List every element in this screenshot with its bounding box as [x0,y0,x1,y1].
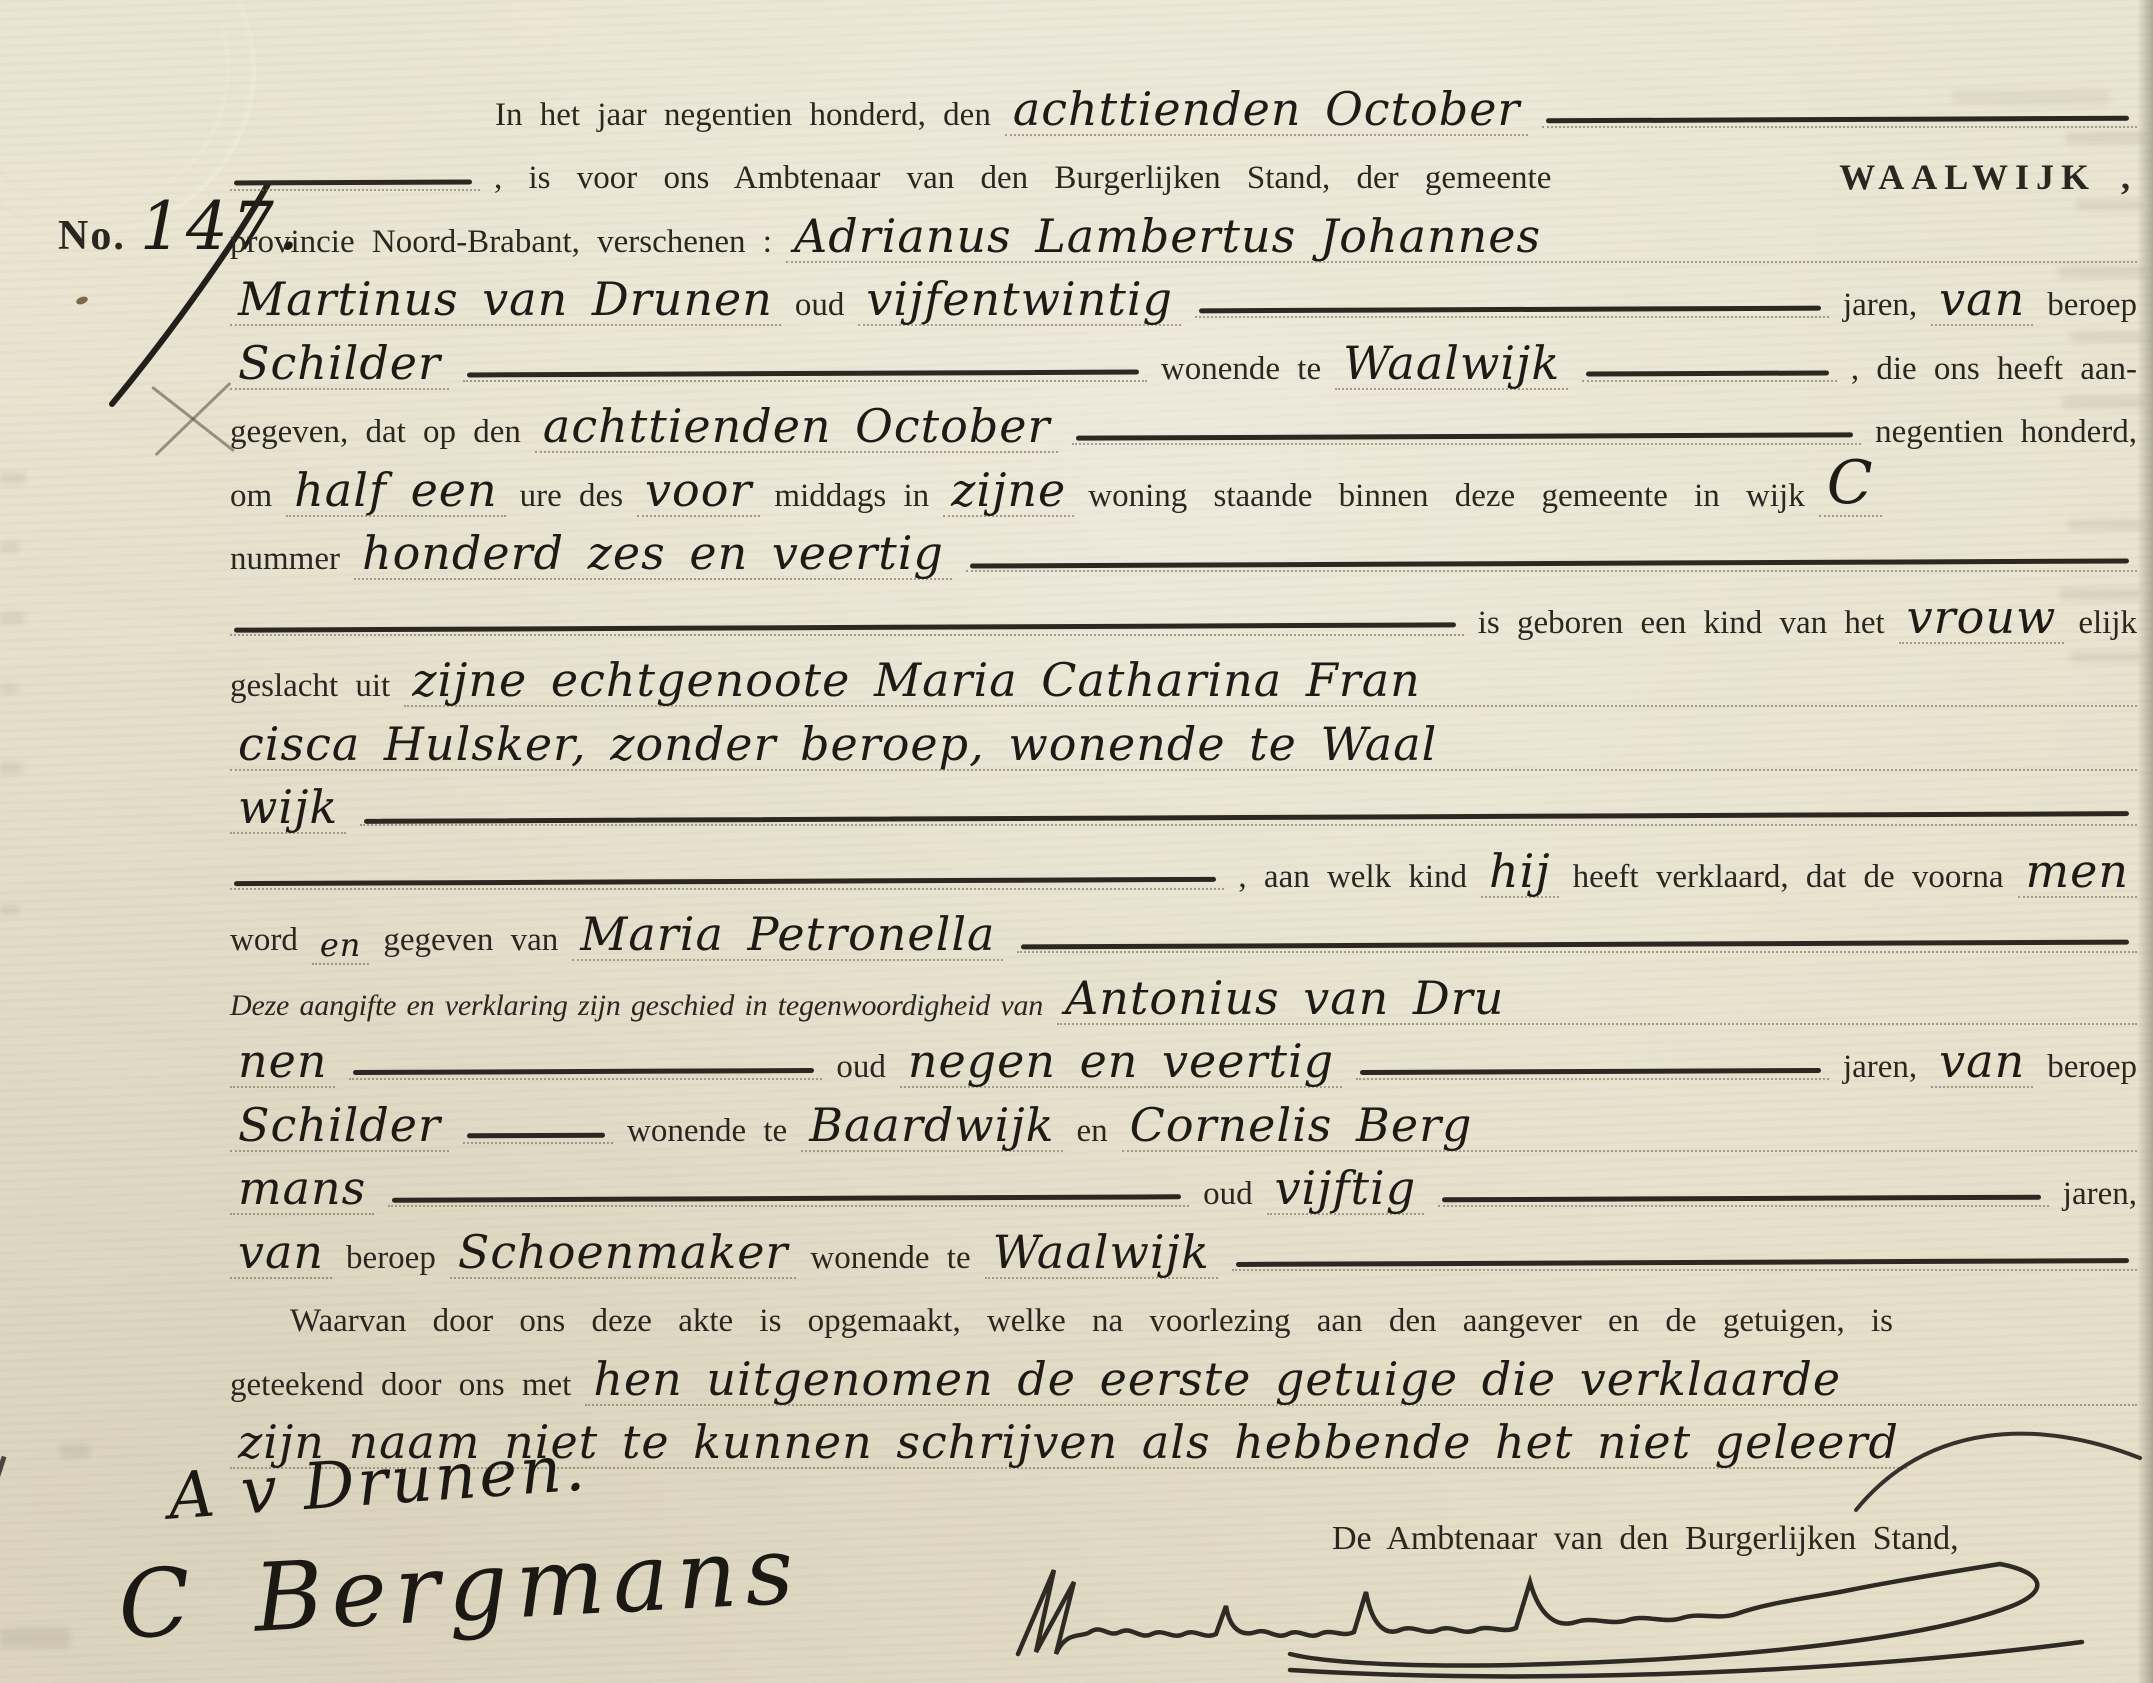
printed-text: ure des [520,480,623,521]
handwritten-text: van [230,1229,332,1279]
printed-text: Waarvan door ons deze akte is opgemaakt,… [290,1305,1893,1346]
handwritten-text: voor [637,467,760,517]
printed-text: middags in [774,480,929,521]
handwritten-text: nen [230,1038,335,1088]
printed-text: wonende te [810,1242,970,1283]
deed-line: Schilderwonende teBaardwijkenCornelis Be… [230,1092,2137,1156]
struck-blank [1438,1175,2049,1207]
struck-blank [1017,921,2137,953]
deed-line: is geboren een kind van hetvrouwelijk [230,584,2137,648]
deed-line: In het jaar negentien honderd, denachtti… [230,76,2137,140]
deed-line: provincie Noord-Brabant, verschenen :Adr… [230,203,2137,267]
struck-blank [463,1112,613,1144]
printed-text: , is voor ons Ambtenaar van den Burgerli… [494,162,1551,203]
printed-text: geslacht uit [230,670,390,711]
deed-line: geslacht uitzijne echtgenoote Maria Cath… [230,648,2137,712]
struck-blank [230,159,480,191]
bleed-through-ghost [0,542,20,552]
printed-text: nummer [230,543,340,584]
struck-blank [1582,350,1837,382]
printed-text: oud [836,1051,886,1092]
edge-ink-mark [0,1456,22,1495]
struck-blank [1195,286,1829,318]
printed-text: is geboren een kind van het [1478,607,1885,648]
printed-text: wonende te [1161,353,1321,394]
printed-text: oud [1203,1178,1253,1219]
deed-line: wijk [230,775,2137,839]
struck-blank [388,1175,1189,1207]
handwritten-text: Martinus van Drunen [230,276,781,326]
handwritten-text: wijk [230,784,346,834]
printed-text: word [230,924,298,965]
ink-speck [75,295,89,306]
registrar-signature [990,1542,2110,1682]
printed-text: en [1077,1115,1108,1156]
bleed-through-ghost [0,905,20,915]
struck-blank [1542,96,2137,128]
handwritten-text: vijfentwintig [858,276,1181,326]
handwritten-text: van [1931,276,2033,326]
printed-text: In het jaar negentien honderd, den [495,99,991,140]
printed-text: beroep [2047,289,2137,330]
handwritten-text: mans [230,1165,374,1215]
handwritten-text: zijne [943,467,1074,517]
signature-flourish [1848,1414,2148,1524]
struck-blank [360,794,2137,826]
handwritten-text: C [1819,453,1882,517]
handwritten-text: Baardwijk [801,1102,1062,1152]
handwritten-text: Schilder [230,1102,449,1152]
deed-line: Waarvan door ons deze akte is opgemaakt,… [230,1283,2137,1347]
printed-text: om [230,480,272,521]
handwritten-text: Antonius van Dru [1057,975,2137,1025]
handwritten-text: men [2018,848,2137,898]
deed-line: nummerhonderd zes en veertig [230,521,2137,585]
pencil-x-mark [152,384,234,454]
handwritten-text: cisca Hulsker, zonder beroep, wonende te… [230,721,2137,771]
bleed-through-ghost [60,1444,90,1458]
bleed-through-ghost [0,1628,70,1648]
handwritten-text: hen uitgenomen de eerste getuige die ver… [585,1356,2137,1406]
printed-text: jaren, [1843,1051,1917,1092]
handwritten-text: Adrianus Lambertus Johannes [786,213,2137,263]
handwritten-text: zijne echtgenoote Maria Catharina Fran [404,657,2137,707]
deed-line: nenoudnegen en veertigjaren,vanberoep [230,1029,2137,1093]
deed-line: vanberoepSchoenmakerwonende teWaalwijk [230,1219,2137,1283]
struck-blank [463,350,1147,382]
deed-line: wordengegeven vanMaria Petronella [230,902,2137,966]
printed-text: WAALWIJK , [1839,159,2137,203]
witness-signature: C Bergmans [116,1516,804,1661]
printed-text: provincie Noord-Brabant, verschenen : [230,226,772,267]
deed-line: omhalf eenure desvoormiddags inzijnewoni… [230,457,2137,521]
printed-text: negentien honderd, [1875,416,2137,457]
handwritten-text: achttienden October [1005,86,1529,136]
handwritten-text: achttienden October [535,403,1059,453]
handwritten-text: Schilder [230,340,449,390]
handwritten-text: en [312,929,370,965]
struck-blank [349,1048,822,1080]
bleed-through-ghost [0,762,22,774]
deed-line: Schilderwonende teWaalwijk, die ons heef… [230,330,2137,394]
handwritten-text: Waalwijk [1335,340,1568,390]
struck-blank [1072,413,1861,445]
handwritten-text: vrouw [1899,594,2065,644]
handwritten-text: honderd zes en veertig [354,530,952,580]
struck-blank [1356,1048,1829,1080]
deed-line: , aan welk kindhijheeft verklaard, dat d… [230,838,2137,902]
struck-blank [966,540,2137,572]
deed-line: Deze aangifte en verklaring zijn geschie… [230,965,2137,1029]
handwritten-text: half een [286,467,505,517]
printed-text: gegeven, dat op den [230,416,521,457]
handwritten-text: vijftig [1267,1165,1425,1215]
printed-text: jaren, [1843,289,1917,330]
deed-line: cisca Hulsker, zonder beroep, wonende te… [230,711,2137,775]
printed-text: elijk [2078,607,2137,648]
printed-text: beroep [2047,1051,2137,1092]
printed-text: , die ons heeft aan- [1851,353,2137,394]
birth-certificate-scan: { "document": { "record": { "label": "No… [0,0,2153,1683]
deed-line: , is voor ons Ambtenaar van den Burgerli… [230,140,2137,204]
handwritten-text: Waalwijk [985,1229,1218,1279]
struck-blank [1232,1239,2137,1271]
printed-text: geteekend door ons met [230,1369,571,1410]
printed-text: gegeven van [383,924,558,965]
handwritten-text: negen en veertig [900,1038,1342,1088]
deed-line: geteekend door ons methen uitgenomen de … [230,1346,2137,1410]
bleed-through-ghost [0,472,26,484]
deed-line: Martinus van Drunenoudvijfentwintigjaren… [230,267,2137,331]
handwritten-text: Cornelis Berg [1122,1102,2137,1152]
struck-blank [230,858,1224,890]
bleed-through-ghost [0,684,18,694]
bleed-through-ghost [0,612,24,624]
printed-text: heeft verklaard, dat de voorna [1573,861,2004,902]
printed-text: Deze aangifte en verklaring zijn geschie… [230,991,1043,1029]
handwritten-text: Maria Petronella [572,911,1003,961]
printed-text: woning staande binnen deze gemeente in w… [1088,480,1804,521]
deed-lines: In het jaar negentien honderd, denachtti… [230,76,2137,1473]
handwritten-text: Schoenmaker [450,1229,797,1279]
struck-blank [230,604,1464,636]
printed-text: wonende te [627,1115,787,1156]
printed-text: oud [795,289,845,330]
printed-text: beroep [346,1242,436,1283]
deed-line: mansoudvijftigjaren, [230,1156,2137,1220]
handwritten-text: hij [1481,848,1559,898]
printed-text: , aan welk kind [1238,861,1467,902]
printed-text: jaren, [2063,1178,2137,1219]
handwritten-text: van [1931,1038,2033,1088]
